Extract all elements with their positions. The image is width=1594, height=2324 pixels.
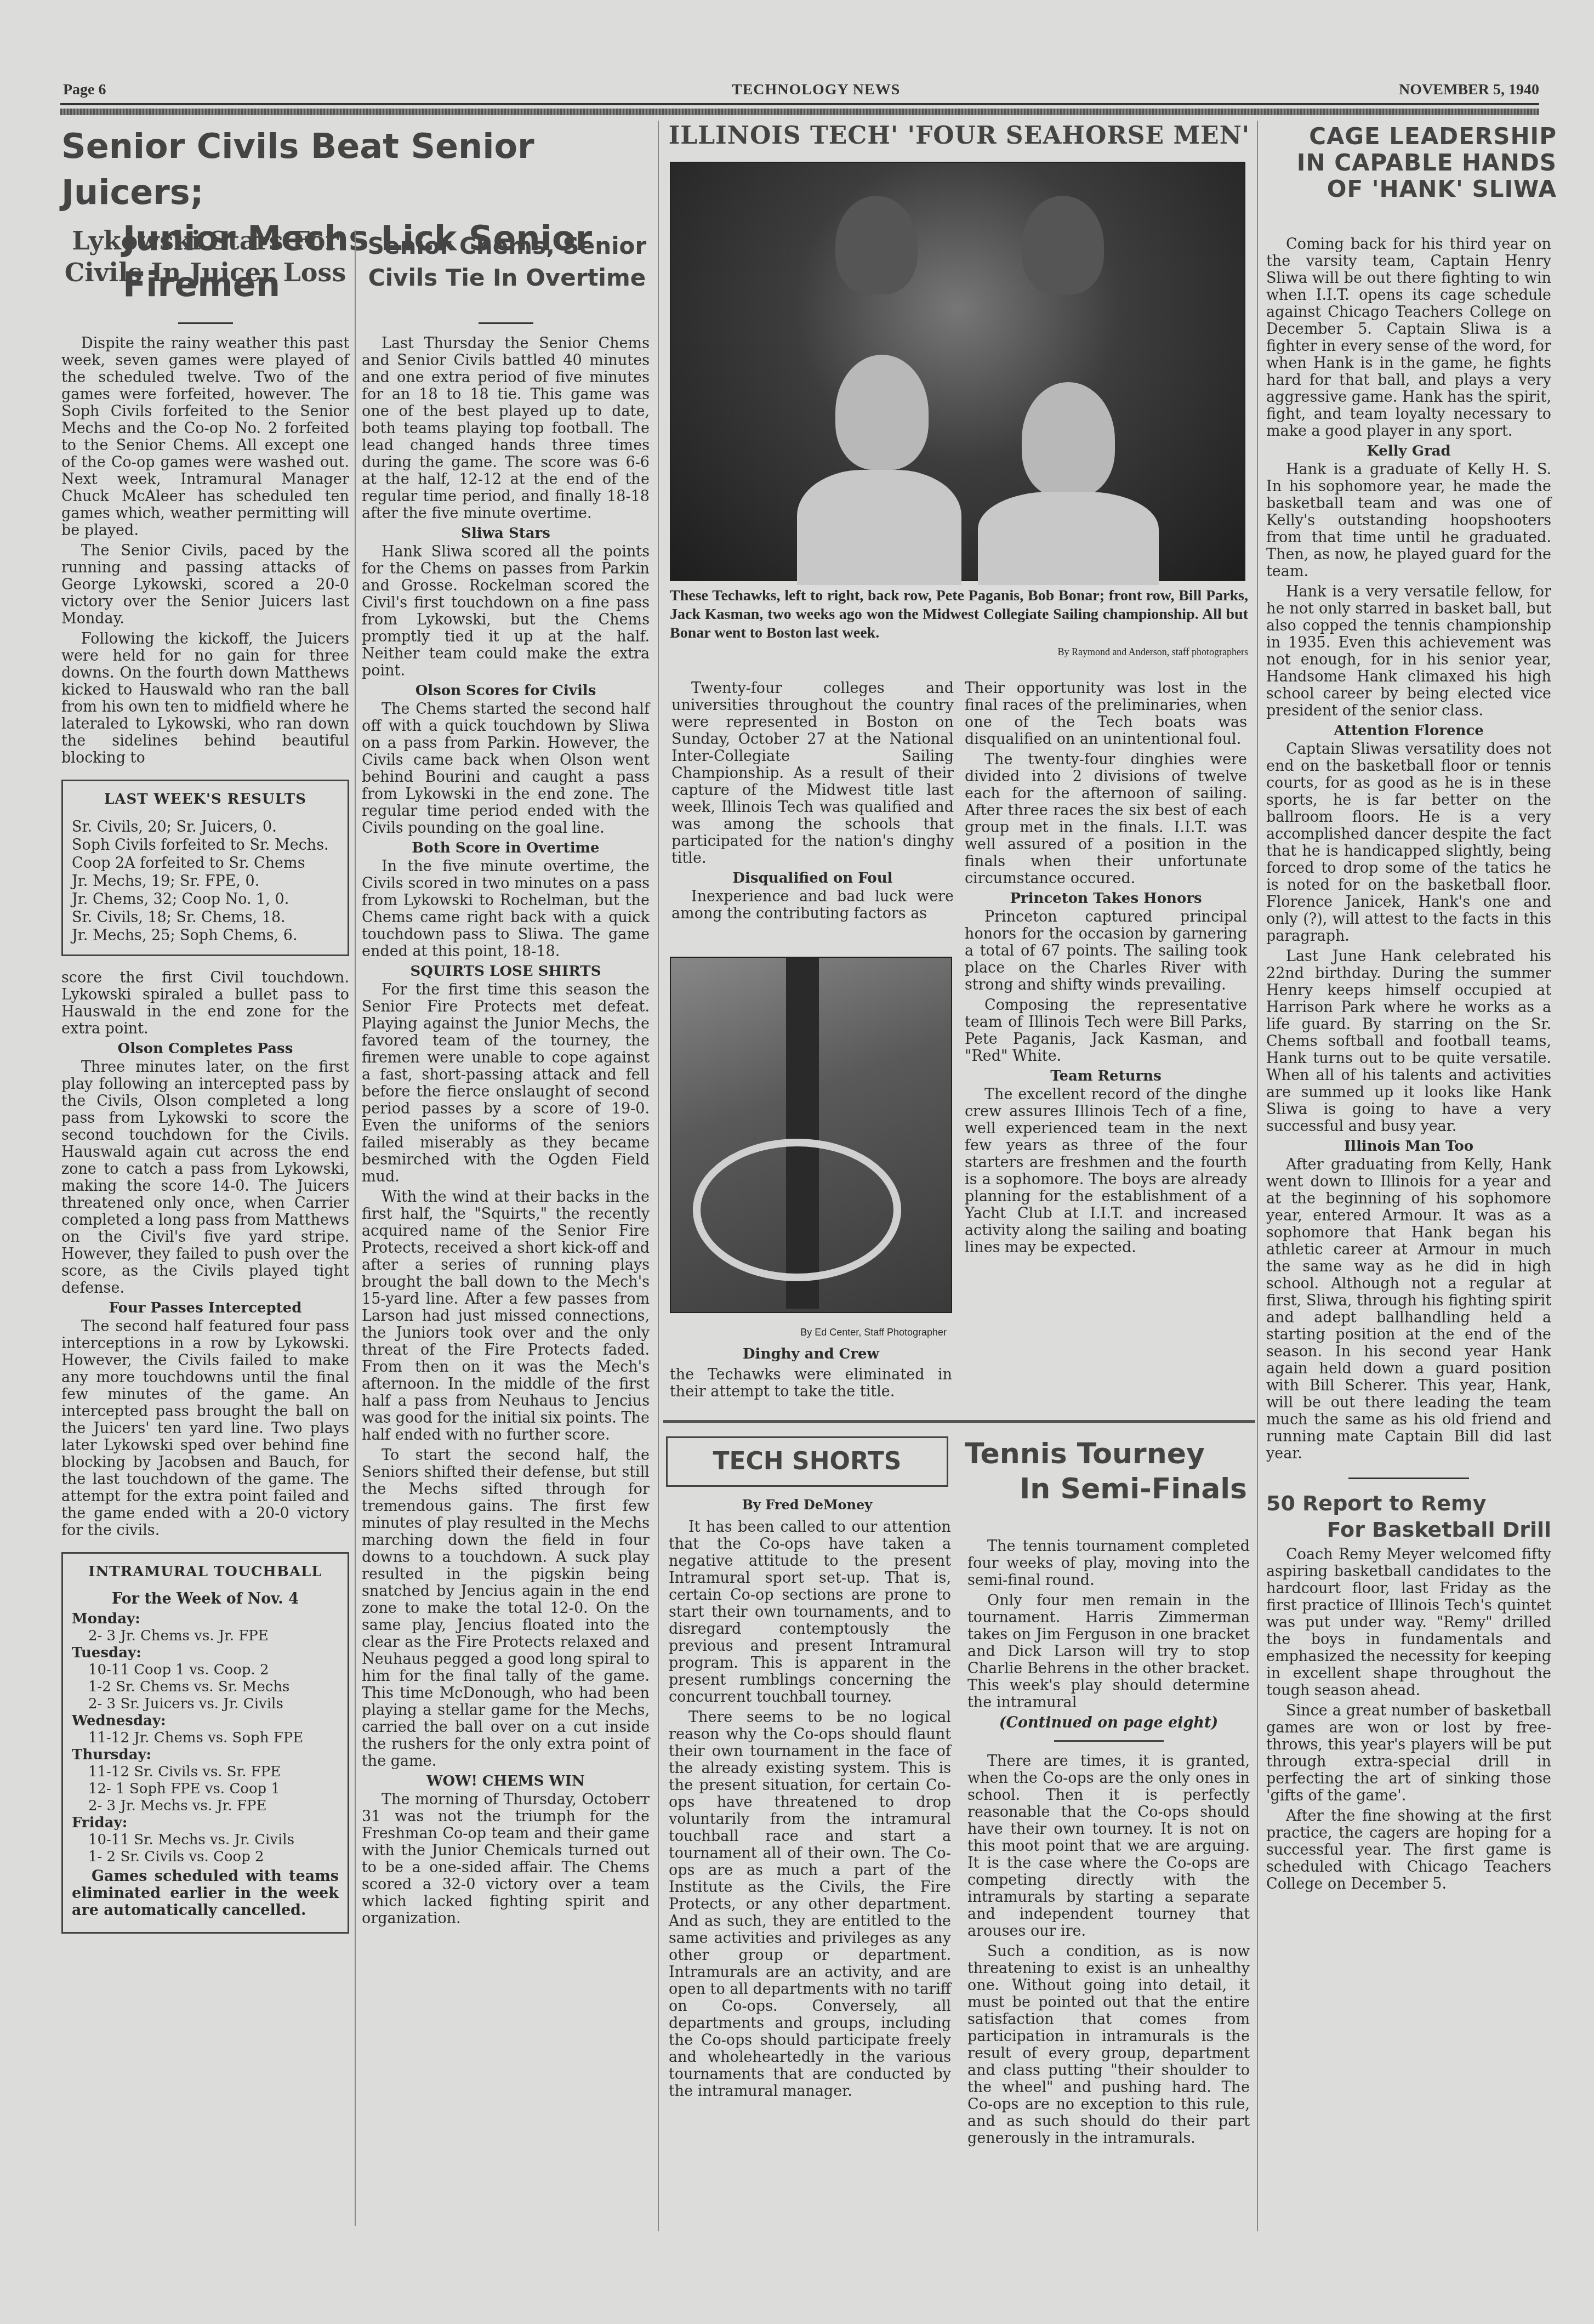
banner-line-1: Senior Civils Beat Senior Juicers; — [61, 123, 653, 215]
result-line: Sr. Civils, 20; Sr. Juicers, 0. — [72, 818, 339, 836]
photo-figure — [1022, 196, 1104, 294]
schedule-day: Friday: — [72, 1815, 339, 1832]
column-2: Last Thursday the Senior Chems and Senio… — [362, 307, 650, 1930]
byline: By Fred DeMoney — [666, 1497, 948, 1513]
result-line: Jr. Mechs, 25; Soph Chems, 6. — [72, 927, 339, 945]
paragraph: There seems to be no logical reason why … — [669, 1709, 951, 2100]
paragraph: Hank Sliwa scored all the points for the… — [362, 543, 650, 679]
result-line: Sr. Civils, 18; Sr. Chems, 18. — [72, 908, 339, 927]
paragraph: the Techawks were eliminated in their at… — [670, 1366, 952, 1400]
divider — [1348, 1478, 1469, 1479]
paragraph: To start the second half, the Seniors sh… — [362, 1447, 650, 1770]
paragraph: For the first time this season the Senio… — [362, 981, 650, 1185]
paragraph: Coach Remy Meyer welcomed fifty aspiring… — [1266, 1546, 1551, 1699]
paragraph: Hank is a graduate of Kelly H. S. In his… — [1266, 461, 1551, 580]
sliwa-headline: CAGE LEADERSHIP IN CAPABLE HANDS OF 'HAN… — [1272, 123, 1557, 202]
paragraph: Twenty-four colleges and universities th… — [671, 680, 954, 867]
paragraph: There are times, it is granted, when the… — [967, 1753, 1250, 1940]
sailing-team-photo — [670, 162, 1245, 581]
paragraph: Composing the representative team of Ill… — [965, 997, 1247, 1065]
paragraph: Only four men remain in the tournament. … — [967, 1592, 1250, 1711]
schedule-note: Games scheduled with teams eliminated ea… — [72, 1868, 339, 1919]
paragraph: score the first Civil touchdown. Lykowsk… — [61, 969, 349, 1037]
schedule-day: Wednesday: — [72, 1713, 339, 1730]
column-1: Dispite the rainy weather this past week… — [61, 307, 349, 1947]
paragraph: The second half featured four pass inter… — [61, 1318, 349, 1539]
paragraph: After the fine showing at the first prac… — [1266, 1808, 1551, 1893]
photo-figure — [1022, 382, 1115, 497]
paragraph: Such a condition, as is now threatening … — [967, 1943, 1250, 2147]
schedule-box-title: INTRAMURAL TOUCHBALL — [72, 1564, 339, 1581]
paragraph: Dispite the rainy weather this past week… — [61, 335, 349, 539]
schedule-game: 11-12 Jr. Chems vs. Soph FPE — [72, 1730, 339, 1747]
schedule-game: 1-2 Sr. Chems vs. Sr. Mechs — [72, 1679, 339, 1696]
divider — [1054, 1740, 1164, 1742]
paragraph: Last Thursday the Senior Chems and Senio… — [362, 335, 650, 522]
paragraph: After graduating from Kelly, Hank went d… — [1266, 1156, 1551, 1462]
subhead: SQUIRTS LOSE SHIRTS — [362, 963, 650, 980]
tech-shorts-box: TECH SHORTS — [666, 1436, 948, 1487]
subhead: Princeton Takes Honors — [965, 890, 1247, 907]
photo-credit: By Ed Center, Staff Photographer — [670, 1327, 947, 1338]
paragraph: The morning of Thursday, Octoberr 31 was… — [362, 1791, 650, 1927]
schedule-subtitle: For the Week of Nov. 4 — [72, 1590, 339, 1607]
paragraph: Hank is a very versatile fellow, for he … — [1266, 583, 1551, 719]
schedule-game: 10-11 Sr. Mechs vs. Jr. Civils — [72, 1832, 339, 1849]
subhead: Olson Scores for Civils — [362, 683, 650, 700]
divider — [178, 322, 233, 324]
header-rule — [60, 103, 1539, 105]
dinghy-photo — [670, 957, 952, 1313]
paragraph: Coming back for his third year on the va… — [1266, 236, 1551, 440]
photo-figure — [797, 470, 961, 585]
schedule-box: INTRAMURAL TOUCHBALL For the Week of Nov… — [61, 1552, 349, 1934]
column-divider — [658, 121, 659, 2231]
schedule-game: 1- 2 Sr. Civils vs. Coop 2 — [72, 1849, 339, 1866]
subhead: WOW! CHEMS WIN — [362, 1773, 650, 1790]
remy-headline: 50 Report to Remy For Basketball Drill — [1266, 1490, 1551, 1543]
issue-date: NOVEMBER 5, 1940 — [1399, 81, 1539, 99]
paragraph: Following the kickoff, the Juicers were … — [61, 630, 349, 766]
subhead: Attention Florence — [1266, 723, 1551, 740]
paragraph: Since a great number of basketball games… — [1266, 1702, 1551, 1804]
sailing-photo-caption: These Techawks, left to right, back row,… — [670, 587, 1248, 661]
newspaper-page: Page 6 TECHNOLOGY NEWS NOVEMBER 5, 1940 … — [0, 0, 1594, 2324]
paragraph: Captain Sliwas versatility does not end … — [1266, 741, 1551, 945]
continued-note: (Continued on page eight) — [967, 1714, 1250, 1731]
schedule-day: Monday: — [72, 1611, 339, 1628]
paragraph: The Senior Civils, paced by the running … — [61, 542, 349, 627]
sailing-headline: ILLINOIS TECH' 'FOUR SEAHORSE MEN' — [666, 122, 1253, 150]
article1-headline: Lykowski Stars For Civils In Juicer Loss — [61, 225, 349, 288]
subhead: Both Score in Overtime — [362, 840, 650, 857]
paragraph: The excellent record of the dinghe crew … — [965, 1086, 1247, 1256]
results-box-title: LAST WEEK'S RESULTS — [72, 791, 339, 808]
paragraph: The Chems started the second half off wi… — [362, 701, 650, 837]
schedule-game: 2- 3 Sr. Juicers vs. Jr. Civils — [72, 1696, 339, 1713]
result-line: Soph Civils forfeited to Sr. Mechs. — [72, 836, 339, 854]
tech-shorts-column: It has been called to our attention that… — [669, 1519, 951, 2103]
result-line: Jr. Mechs, 19; Sr. FPE, 0. — [72, 872, 339, 890]
folio-header: Page 6 TECHNOLOGY NEWS NOVEMBER 5, 1940 — [63, 81, 1539, 103]
column-divider — [1257, 121, 1258, 2231]
photo-boat — [693, 1139, 901, 1281]
subhead: Four Passes Intercepted — [61, 1300, 349, 1317]
paragraph: It has been called to our attention that… — [669, 1519, 951, 1706]
tennis-headline: Tennis Tourney In Semi-Finals — [965, 1436, 1253, 1507]
paragraph: In the five minute overtime, the Civils … — [362, 858, 650, 960]
subhead: Illinois Man Too — [1266, 1138, 1551, 1155]
paragraph: Inexperience and bad luck were among the… — [671, 888, 954, 922]
photo-figure — [978, 492, 1159, 585]
header-rule-patterned — [60, 109, 1539, 115]
subhead: Team Returns — [965, 1068, 1247, 1085]
paragraph: The tennis tournament completed four wee… — [967, 1538, 1250, 1589]
schedule-game: 2- 3 Jr. Mechs vs. Jr. FPE — [72, 1798, 339, 1815]
column-divider — [355, 230, 356, 2226]
section-rule — [663, 1420, 1255, 1423]
sailing-column-b: Their opportunity was lost in the final … — [965, 680, 1247, 1259]
schedule-day: Thursday: — [72, 1747, 339, 1764]
paragraph: With the wind at their backs in the firs… — [362, 1189, 650, 1444]
paragraph: Last June Hank celebrated his 22nd birth… — [1266, 948, 1551, 1135]
tennis-column: The tennis tournament completed four wee… — [967, 1538, 1250, 2150]
column-4: Coming back for his third year on the va… — [1266, 236, 1551, 1896]
photo-figure — [835, 196, 918, 294]
schedule-game: 10-11 Coop 1 vs. Coop. 2 — [72, 1662, 339, 1679]
photo-figure — [835, 355, 929, 470]
paragraph: Princeton captured principal honors for … — [965, 908, 1247, 993]
paragraph: Three minutes later, on the first play f… — [61, 1059, 349, 1297]
divider — [479, 322, 533, 324]
schedule-day: Tuesday: — [72, 1645, 339, 1662]
page-number: Page 6 — [63, 81, 106, 99]
subhead: Kelly Grad — [1266, 443, 1551, 460]
result-line: Coop 2A forfeited to Sr. Chems — [72, 854, 339, 872]
subhead: Olson Completes Pass — [61, 1041, 349, 1058]
subhead: Disqualified on Foul — [671, 870, 954, 887]
photo-credit: By Raymond and Anderson, staff photograp… — [670, 643, 1248, 661]
results-box: LAST WEEK'S RESULTS Sr. Civils, 20; Sr. … — [61, 780, 349, 956]
schedule-game: 2- 3 Jr. Chems vs. Jr. FPE — [72, 1628, 339, 1645]
result-line: Jr. Chems, 32; Coop No. 1, 0. — [72, 890, 339, 908]
article2-headline: Senior Chems, Senior Civils Tie In Overt… — [359, 230, 655, 294]
schedule-game: 11-12 Sr. Civils vs. Sr. FPE — [72, 1764, 339, 1781]
paragraph: Their opportunity was lost in the final … — [965, 680, 1247, 748]
publication-title: TECHNOLOGY NEWS — [732, 81, 900, 99]
dinghy-caption: Dinghy and Crew — [670, 1346, 952, 1362]
sailing-column-a: Twenty-four colleges and universities th… — [671, 680, 954, 925]
subhead: Sliwa Stars — [362, 525, 650, 542]
paragraph: The twenty-four dinghies were divided in… — [965, 751, 1247, 887]
schedule-game: 12- 1 Soph FPE vs. Coop 1 — [72, 1781, 339, 1798]
